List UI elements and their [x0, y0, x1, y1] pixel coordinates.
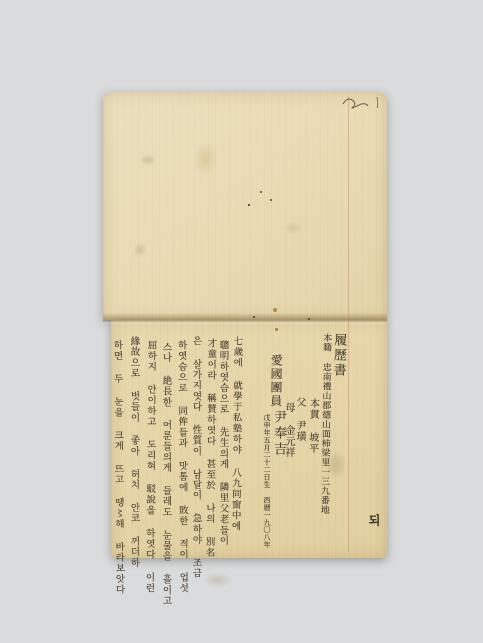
body-column: 은 살가지엿다 性質이 남달이 急하야 조금 [191, 336, 201, 579]
pencil-scribble [341, 94, 383, 112]
body-column: 하엿슴으로 同侔들과 맛톰에 敗한 적이 업섯 [176, 340, 187, 594]
body-column: 才童이라 稱賛하엿다 甚至於 나의 別名 [204, 338, 215, 558]
birthdate-line: 戊申年五月二十二日生 西曆一九〇八年 [263, 414, 270, 548]
body-column: 緣故으로 벗들이 좋아 허치 안코 꺼더하 [129, 336, 139, 568]
red-margin-line [348, 96, 349, 552]
body-column: 스나 絶長한 어룬들의게 들레도 눈물을 흘이고 [161, 342, 171, 606]
body-column: 聰明하엿슴으로 先生의게 隣里父老들이 [218, 340, 228, 546]
clan-line: 本貫 坡平 [307, 398, 318, 454]
body-column: 屈하지 안이하고 도리혀 駁說을 하엿다 이런 [144, 340, 156, 594]
father-line: 父 尹璜 [294, 397, 304, 442]
body-column: 七歲에 就學于私塾하야 八九同窗中에 [230, 336, 242, 532]
stain [203, 572, 233, 588]
registry-line: 本籍 忠南禮山郡德山面柿梁里一三九番地 [319, 333, 331, 515]
affiliation-line: 愛國團員 [270, 354, 283, 408]
page-number-mark: 되 [368, 514, 380, 526]
name-line: 尹奉吉 [272, 410, 285, 458]
manuscript-paper: 履歷書 本籍 忠南禮山郡德山面柿梁里一三九番地 本貫 坡平 父 尹璜 母 金元祥… [103, 92, 387, 558]
photo-of-document: 履歷書 本籍 忠南禮山郡德山面柿梁里一三九番地 本貫 坡平 父 尹璜 母 金元祥… [0, 0, 483, 643]
paper-upper-half [103, 92, 387, 320]
body-column: 하면 두 눈을 크게 뜨고 땡〻해 바라보앗다 [112, 340, 124, 595]
doc-title: 履歷書 [332, 333, 346, 378]
